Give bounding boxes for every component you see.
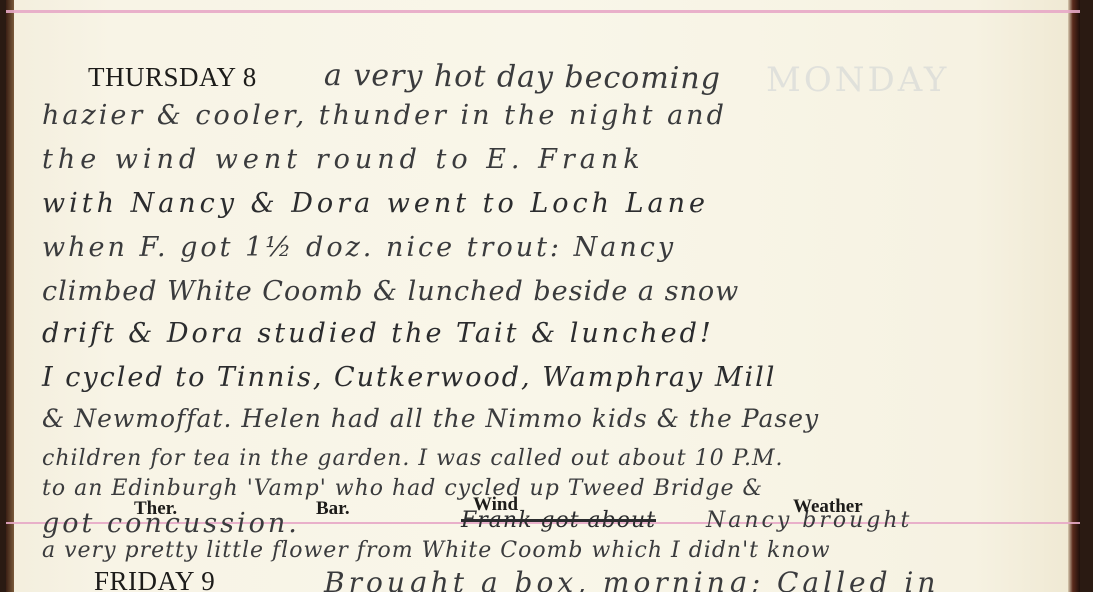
day-heading-thursday: THURSDAY 8 <box>88 62 257 93</box>
page-edge <box>1068 0 1080 592</box>
entry-line: when F. got 1½ doz. nice trout: Nancy <box>42 232 676 263</box>
entry-line: the wind went round to E. Frank <box>42 144 645 175</box>
entry-line: climbed White Coomb & lunched beside a s… <box>42 276 739 307</box>
entry-line: I cycled to Tinnis, Cutkerwood, Wamphray… <box>42 362 776 393</box>
weather-label-bar: Bar. <box>316 498 350 520</box>
entry-line: with Nancy & Dora went to Loch Lane <box>42 188 709 219</box>
diary-page: MONDAY THURSDAY 8 a very hot day becomin… <box>6 0 1080 592</box>
weather-label-ther: Ther. <box>134 498 177 520</box>
entry-line: hazier & cooler, thunder in the night an… <box>42 100 727 131</box>
entry-line: children for tea in the garden. I was ca… <box>42 446 783 471</box>
entry-line: a very pretty little flower from White C… <box>42 538 831 563</box>
entry-line: a very hot day becoming <box>324 58 721 96</box>
top-ruled-line <box>6 10 1080 13</box>
book-spine <box>6 0 14 592</box>
weather-label-weather: Weather <box>793 496 863 518</box>
entry-line: Brought a box, morning; Called in <box>324 566 939 592</box>
day-heading-friday: FRIDAY 9 <box>94 566 215 592</box>
entry-line: drift & Dora studied the Tait & lunched! <box>42 318 714 349</box>
weather-label-wind: Wind <box>473 494 518 516</box>
entry-line: & Newmoffat. Helen had all the Nimmo kid… <box>42 404 819 433</box>
bleed-through-heading: MONDAY <box>766 60 949 100</box>
